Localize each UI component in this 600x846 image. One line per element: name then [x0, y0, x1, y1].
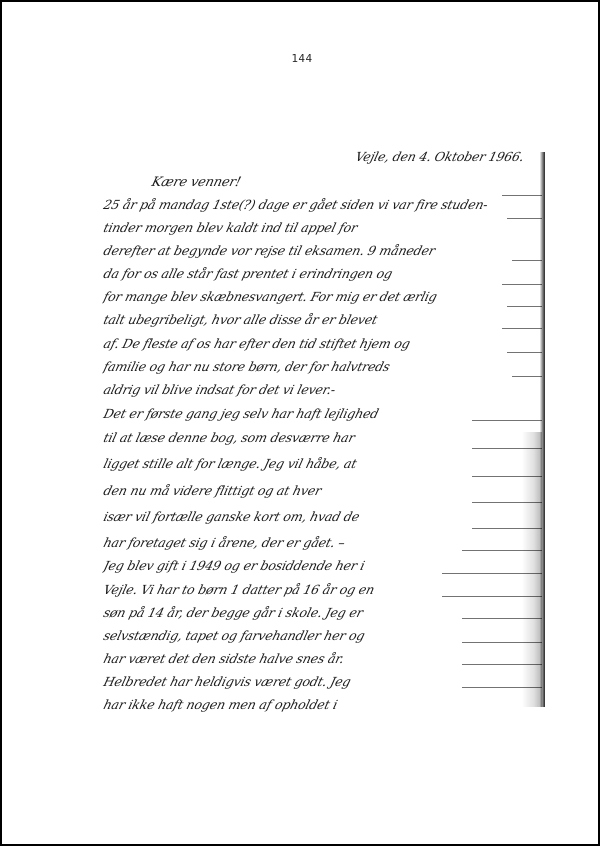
letter-line: derefter at begynde vor rejse til eksame… — [102, 243, 546, 258]
letter-line: for mange blev skæbnesvangert. For mig e… — [102, 289, 546, 304]
ruled-line — [507, 352, 542, 353]
letter-line: Det er første gang jeg selv har haft lej… — [102, 406, 546, 421]
ruled-line — [462, 550, 542, 551]
scanned-page: 144 Vejle, den 4. Oktober 1966. Kære ven… — [0, 0, 600, 846]
letter-line: har foretaget sig i årene, der er gået. … — [102, 535, 546, 550]
ruled-line — [472, 476, 542, 477]
ruled-line — [472, 448, 542, 449]
letter-line: talt ubegribeligt, hvor alle disse år er… — [102, 312, 546, 327]
ruled-line — [502, 284, 542, 285]
ruled-line — [512, 376, 542, 377]
ruled-line — [507, 306, 542, 307]
letter-line: har været det den sidste halve snes år. — [102, 651, 546, 666]
letter-line: 25 år på mandag 1ste(?) dage er gået sid… — [102, 197, 546, 212]
page-number: 144 — [2, 52, 600, 65]
ruled-line — [512, 260, 542, 261]
letter-line: især vil fortælle ganske kort om, hvad d… — [102, 509, 546, 524]
letter-line: tinder morgen blev kaldt ind til appel f… — [102, 220, 546, 235]
letter-line: familie og har nu store børn, der for ha… — [102, 359, 546, 374]
letter-line: ligget stille alt for længe. Jeg vil håb… — [102, 456, 546, 471]
ruled-line — [472, 528, 542, 529]
letter-line: den nu må videre flittigt og at hver — [102, 483, 546, 498]
letter-line: Helbredet har heldigvis været godt. Jeg — [102, 674, 546, 689]
letter-line: Jeg blev gift i 1949 og er bosiddende he… — [102, 558, 546, 573]
letter-line: til at læse denne bog, som desværre har — [102, 430, 546, 445]
letter-line: selvstændig, tapet og farvehandler her o… — [102, 628, 546, 643]
ruled-line — [442, 573, 542, 574]
letter-date: Vejle, den 4. Oktober 1966. — [354, 149, 526, 164]
letter-salutation: Kære venner! — [150, 175, 242, 190]
letter-line: af. De fleste af os har efter den tid st… — [102, 336, 546, 351]
ruled-line — [502, 195, 542, 196]
letter-line: har ikke haft nogen men af opholdet i — [102, 697, 546, 712]
letter-line: da for os alle står fast prentet i erind… — [102, 266, 546, 281]
letter-line: aldrig vil blive indsat for det vi lever… — [102, 382, 546, 397]
ruled-line — [502, 328, 542, 329]
letter-line: søn på 14 år, der begge går i skole. Jeg… — [102, 605, 546, 620]
letter-line: Vejle. Vi har to børn 1 datter på 16 år … — [102, 582, 546, 597]
ruled-line — [507, 218, 542, 219]
ruled-line — [472, 502, 542, 503]
